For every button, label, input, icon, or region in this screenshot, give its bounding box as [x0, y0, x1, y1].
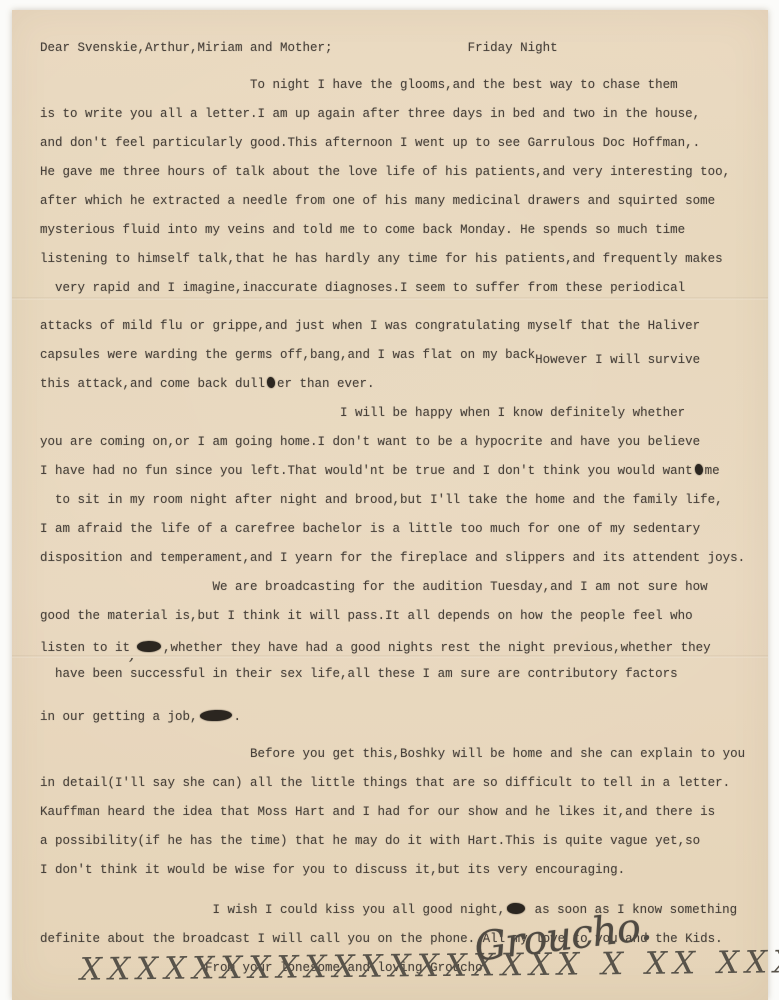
letter-line: very rapid and I imagine,inaccurate diag… [40, 274, 754, 303]
letter-line: good the material is,but I think it will… [40, 602, 754, 631]
ink-blot [199, 709, 232, 722]
typed-text: He gave me three hours of talk about the… [40, 165, 730, 179]
letter-line: and don't feel particularly good.This af… [40, 129, 754, 158]
letter-line: Before you get this,Boshky will be home … [40, 740, 754, 769]
letter-line: capsules were warding the germs off,bang… [40, 341, 754, 370]
typed-text: in detail(I'll say she can) all the litt… [40, 776, 730, 790]
typed-text: listening to himself talk,that he has ha… [40, 252, 723, 266]
typed-text: I have had no fun since you left.That wo… [40, 464, 693, 478]
letter-line: a possibility(if he has the time) that h… [40, 827, 754, 856]
typed-text: I wish I could kiss you all good night, [40, 903, 505, 917]
letter-line: I am afraid the life of a carefree bache… [40, 515, 754, 544]
typed-text: me [705, 464, 720, 478]
letter-line: We are broadcasting for the audition Tue… [40, 573, 754, 602]
kisses-x-row: XXXXXXXXXXXXXXXXXX X XX XXX [80, 944, 779, 988]
typed-text: ,whether they have had a good nights res… [163, 641, 711, 655]
letter-line: this attack,and come back duller than ev… [40, 370, 754, 399]
letter-paper: Dear Svenskie,Arthur,Miriam and Mother; … [12, 10, 768, 1000]
letter-body: Dear Svenskie,Arthur,Miriam and Mother; … [40, 34, 754, 983]
typed-text: to sit in my room night after night and … [40, 493, 723, 507]
letter-line: To night I have the glooms,and the best … [40, 71, 754, 100]
ink-blot [267, 377, 276, 388]
letter-line: in our getting a job,. [40, 703, 754, 732]
typed-text: Before you get this,Boshky will be home … [40, 747, 745, 761]
typed-text: . [234, 710, 242, 724]
typed-text: disposition and temperament,and I yearn … [40, 551, 745, 565]
typed-text: is to write you all a letter.I am up aga… [40, 107, 700, 121]
typed-text: in our getting a job, [40, 710, 198, 724]
letter-line: disposition and temperament,and I yearn … [40, 544, 754, 573]
letter-line: have been successful in their sex life,a… [40, 660, 754, 689]
typed-text: listen to it [40, 641, 130, 655]
letter-line: to sit in my room night after night and … [40, 486, 754, 515]
typed-text: However I will survive [535, 353, 700, 367]
letter-line: I have had no fun since you left.That wo… [40, 457, 754, 486]
letter-line: He gave me three hours of talk about the… [40, 158, 754, 187]
typed-text: capsules were warding the germs off,bang… [40, 348, 535, 362]
typed-text: I will be happy when I know definitely w… [40, 406, 685, 420]
inserted-handwritten-comma: , [129, 640, 134, 669]
letter-line: Kauffman heard the idea that Moss Hart a… [40, 798, 754, 827]
typed-text: I don't think it would be wise for you t… [40, 863, 625, 877]
letter-line: Dear Svenskie,Arthur,Miriam and Mother; … [40, 34, 754, 63]
letter-line: in detail(I'll say she can) all the litt… [40, 769, 754, 798]
letter-photo: Dear Svenskie,Arthur,Miriam and Mother; … [0, 0, 779, 1000]
typed-text: and don't feel particularly good.This af… [40, 136, 700, 150]
typed-text: this attack,and come back dull [40, 377, 265, 391]
letter-line: after which he extracted a needle from o… [40, 187, 754, 216]
typed-text: er than ever. [277, 377, 375, 391]
letter-line: listen to it,,whether they have had a go… [40, 631, 754, 660]
ink-blot [137, 640, 162, 652]
ink-blot [694, 464, 703, 475]
letter-line: listening to himself talk,that he has ha… [40, 245, 754, 274]
letter-line: I don't think it would be wise for you t… [40, 856, 754, 885]
letter-line: is to write you all a letter.I am up aga… [40, 100, 754, 129]
letter-line: you are coming on,or I am going home.I d… [40, 428, 754, 457]
typed-text: I am afraid the life of a carefree bache… [40, 522, 700, 536]
typed-text: you are coming on,or I am going home.I d… [40, 435, 700, 449]
typed-text: Kauffman heard the idea that Moss Hart a… [40, 805, 715, 819]
letter-line: attacks of mild flu or grippe,and just w… [40, 312, 754, 341]
typed-text: very rapid and I imagine,inaccurate diag… [40, 281, 685, 295]
letter-line: I will be happy when I know definitely w… [40, 399, 754, 428]
typed-text: mysterious fluid into my veins and told … [40, 223, 685, 237]
ink-blot [507, 903, 526, 915]
letter-line: mysterious fluid into my veins and told … [40, 216, 754, 245]
typed-text: attacks of mild flu or grippe,and just w… [40, 319, 700, 333]
typed-text: good the material is,but I think it will… [40, 609, 693, 623]
typed-text: after which he extracted a needle from o… [40, 194, 715, 208]
typed-text: a possibility(if he has the time) that h… [40, 834, 700, 848]
typed-text: To night I have the glooms,and the best … [40, 78, 678, 92]
typed-text: Dear Svenskie,Arthur,Miriam and Mother; … [40, 41, 558, 55]
typed-text: have been successful in their sex life,a… [40, 667, 678, 681]
typed-text: We are broadcasting for the audition Tue… [40, 580, 708, 594]
